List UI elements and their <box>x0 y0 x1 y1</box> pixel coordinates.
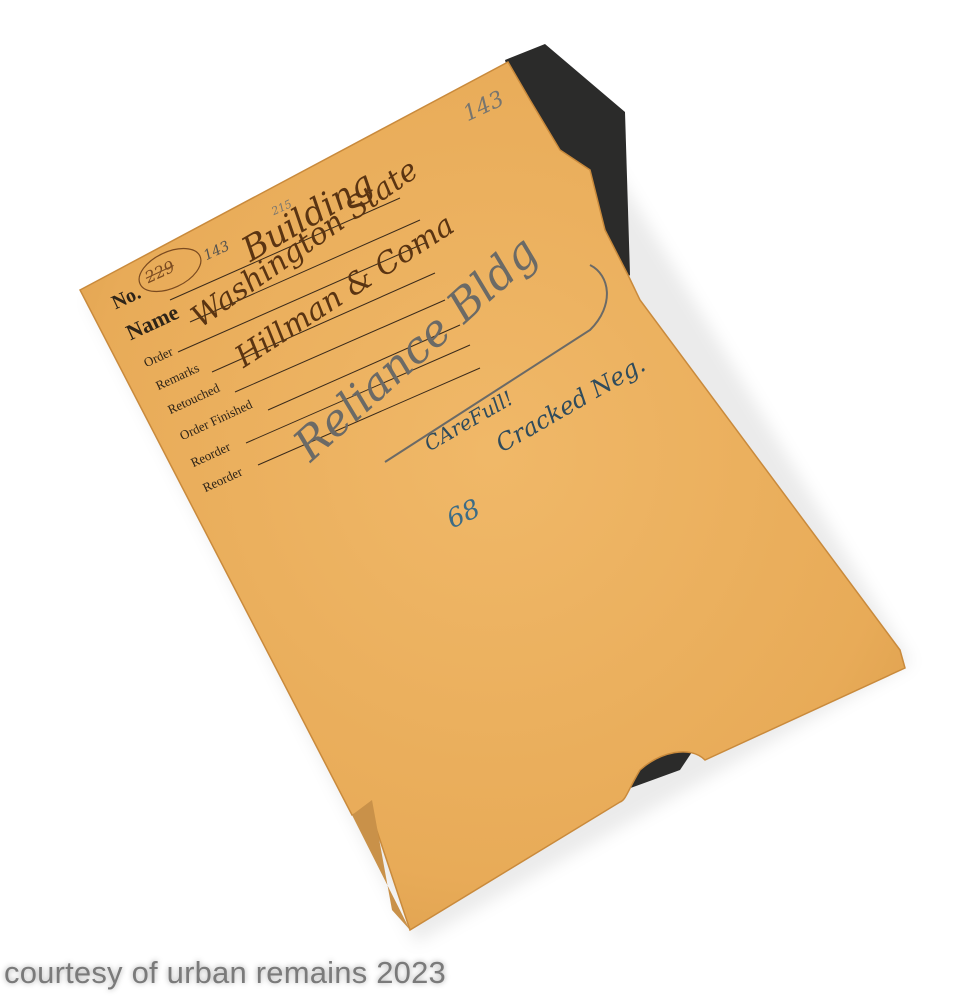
credit-watermark: courtesy of urban remains 2023 <box>4 955 446 991</box>
sleeve-body <box>80 62 905 930</box>
photo-stage: No. Name Order Remarks Retouched Order F… <box>0 0 967 1000</box>
negative-sleeve <box>0 0 967 1000</box>
